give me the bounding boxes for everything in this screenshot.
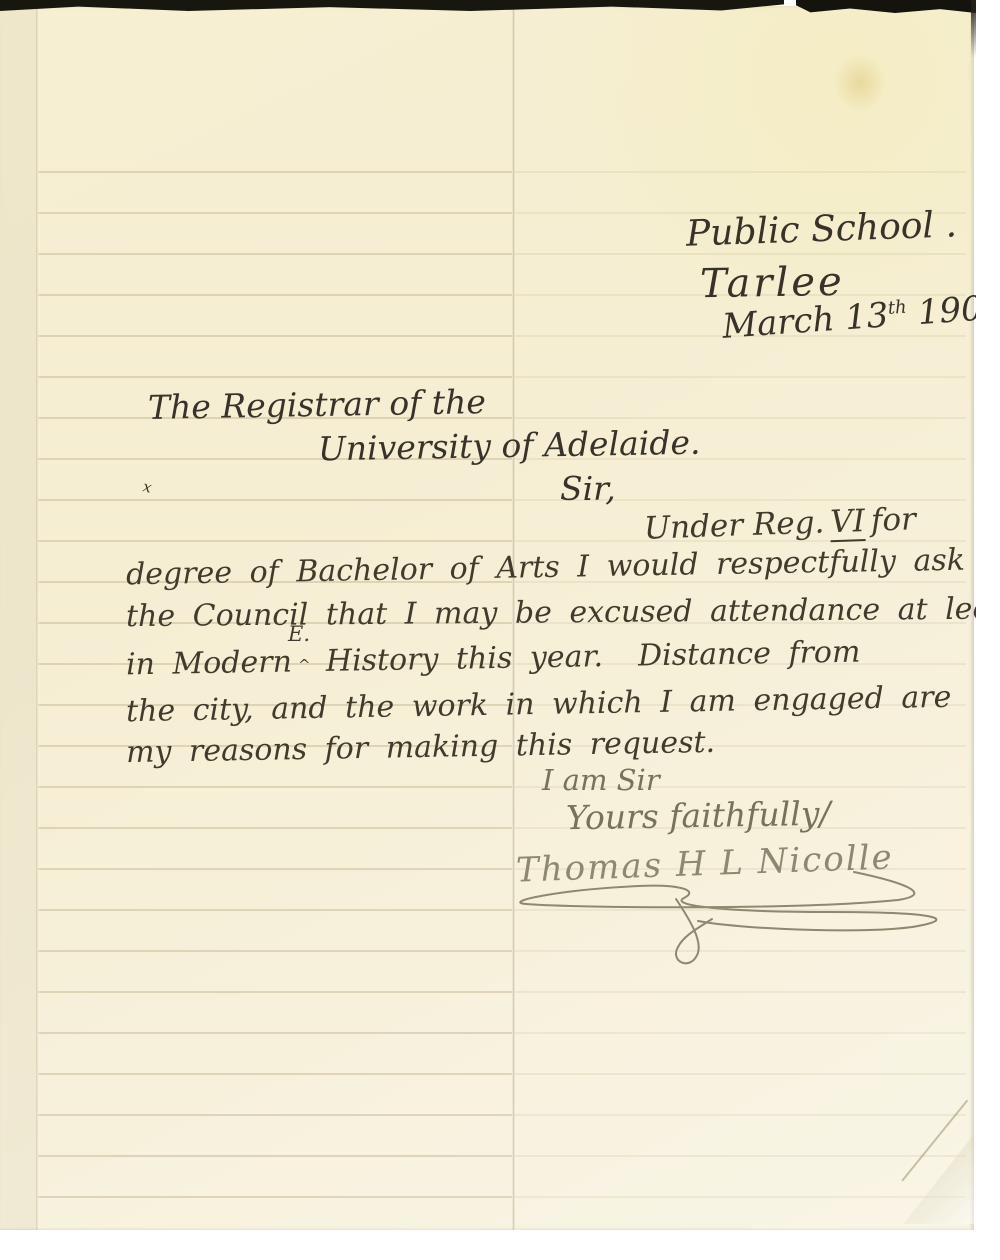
- date-ordinal: th: [887, 297, 907, 319]
- sender-school-line: Public School .: [685, 207, 957, 252]
- sender-place-line: Tarlee: [700, 262, 845, 305]
- regulation-number-underlined: VI: [830, 503, 866, 542]
- left-fold-crease: [36, 6, 40, 1230]
- scan-background-right: [976, 0, 1000, 1260]
- signature-flourish: [498, 858, 984, 988]
- scanned-letter-page: x Public School . Tarlee March 13th 1901…: [0, 0, 1000, 1260]
- inserted-word-above-line: E.: [288, 624, 310, 645]
- recipient-line-2: University of Adelaide.: [318, 426, 701, 466]
- body-line-3-pre: in Modern: [126, 645, 292, 683]
- scan-background-bottom: [0, 1230, 1000, 1260]
- opening-post: for: [870, 501, 916, 539]
- left-margin-shade: [0, 6, 36, 1230]
- folded-corner: [894, 1126, 974, 1228]
- body-line-2: the Council that I may be excused attend…: [126, 594, 1000, 632]
- opening-pre: Under Reg.: [643, 504, 824, 546]
- insertion-caret: ^: [298, 658, 311, 673]
- paper-stain: [834, 54, 886, 112]
- closing-line-2: Yours faithfully/: [566, 797, 831, 835]
- recipient-line-1: The Registrar of the: [148, 385, 486, 424]
- body-opening-line: Under Reg.VIfor: [644, 504, 917, 544]
- salutation: Sir,: [560, 472, 616, 505]
- closing-line-1: I am Sir: [542, 766, 660, 795]
